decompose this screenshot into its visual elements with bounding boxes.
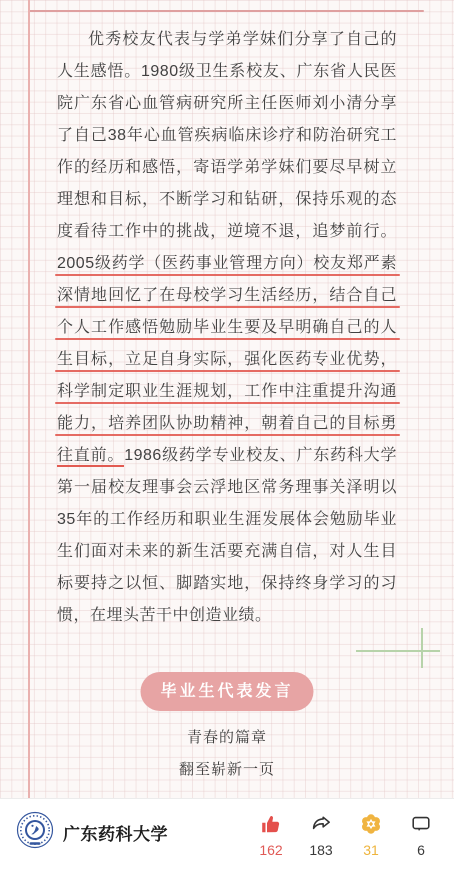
like-button[interactable]: 162 bbox=[258, 813, 284, 857]
article-line: 惯，在埋头苦干中创造业绩。 bbox=[57, 600, 397, 632]
account-name-label: 广东药科大学 bbox=[63, 820, 168, 845]
article-line: 生目标，立足自身实际，强化医药专业优势， bbox=[57, 344, 397, 376]
wow-button[interactable]: 31 bbox=[358, 813, 384, 857]
green-cross-mark bbox=[421, 628, 423, 668]
reaction-bar: 162 183 bbox=[258, 809, 434, 857]
wow-flower-icon bbox=[360, 813, 382, 840]
article-paragraph: 优秀校友代表与学弟学妹们分享了自己的人生感悟。1980级卫生系校友、广东省人民医… bbox=[57, 24, 397, 632]
official-account-link[interactable]: 广东药科大学 bbox=[16, 811, 168, 854]
wow-count: 31 bbox=[363, 843, 379, 857]
section-title-badge: 毕业生代表发言 bbox=[140, 672, 313, 711]
closing-line: 青春的篇章 bbox=[0, 722, 454, 754]
article-line: 人生感悟。1980级卫生系校友、广东省人民医 bbox=[57, 56, 397, 88]
top-rule-line bbox=[28, 10, 424, 12]
underlined-text: 往直前。 bbox=[57, 447, 124, 467]
green-cross-mark bbox=[356, 650, 440, 652]
article-line: 优秀校友代表与学弟学妹们分享了自己的 bbox=[57, 24, 397, 56]
university-logo bbox=[16, 811, 54, 854]
article-line: 个人工作感悟勉励毕业生要及早明确自己的人 bbox=[57, 312, 397, 344]
article-line: 能力，培养团队协助精神，朝着自己的目标勇 bbox=[57, 408, 397, 440]
article-line: 度看待工作中的挑战，逆境不退，追梦前行。 bbox=[57, 216, 397, 248]
article-line: 了自己38年心血管疾病临床诊疗和防治研究工 bbox=[57, 120, 397, 152]
article-line: 第一届校友理事会云浮地区常务理事关泽明以 bbox=[57, 472, 397, 504]
article-line: 院广东省心血管病研究所主任医师刘小清分享 bbox=[57, 88, 397, 120]
bottom-toolbar: 广东药科大学 162 183 bbox=[0, 798, 454, 874]
share-button[interactable]: 183 bbox=[308, 813, 334, 857]
article-line: 深情地回忆了在母校学习生活经历，结合自己 bbox=[57, 280, 397, 312]
article-line: 2005级药学（医药事业管理方向）校友郑严素 bbox=[57, 248, 397, 280]
article-line: 作的经历和感悟，寄语学弟学妹们要尽早树立 bbox=[57, 152, 397, 184]
article-page: 优秀校友代表与学弟学妹们分享了自己的人生感悟。1980级卫生系校友、广东省人民医… bbox=[0, 0, 454, 874]
thumbs-up-icon bbox=[260, 813, 282, 840]
comment-button[interactable]: 6 bbox=[408, 813, 434, 857]
comment-count: 6 bbox=[417, 843, 425, 857]
grid-paper-background: 优秀校友代表与学弟学妹们分享了自己的人生感悟。1980级卫生系校友、广东省人民医… bbox=[0, 0, 454, 798]
share-arrow-icon bbox=[310, 813, 333, 840]
like-count: 162 bbox=[259, 843, 282, 857]
closing-lines: 青春的篇章 翻至崭新一页 bbox=[0, 722, 454, 786]
article-line: 往直前。1986级药学专业校友、广东药科大学 bbox=[57, 440, 397, 472]
closing-line: 翻至崭新一页 bbox=[0, 754, 454, 786]
share-count: 183 bbox=[309, 843, 332, 857]
article-line: 标要持之以恒、脚踏实地，保持终身学习的习 bbox=[57, 568, 397, 600]
article-line: 生们面对未来的新生活要充满自信，对人生目 bbox=[57, 536, 397, 568]
article-line: 35年的工作经历和职业生涯发展体会勉励毕业 bbox=[57, 504, 397, 536]
left-margin-line bbox=[28, 0, 30, 798]
article-line: 理想和目标，不断学习和钻研，保持乐观的态 bbox=[57, 184, 397, 216]
comment-bubble-icon bbox=[410, 813, 432, 840]
article-line: 科学制定职业生涯规划，工作中注重提升沟通 bbox=[57, 376, 397, 408]
